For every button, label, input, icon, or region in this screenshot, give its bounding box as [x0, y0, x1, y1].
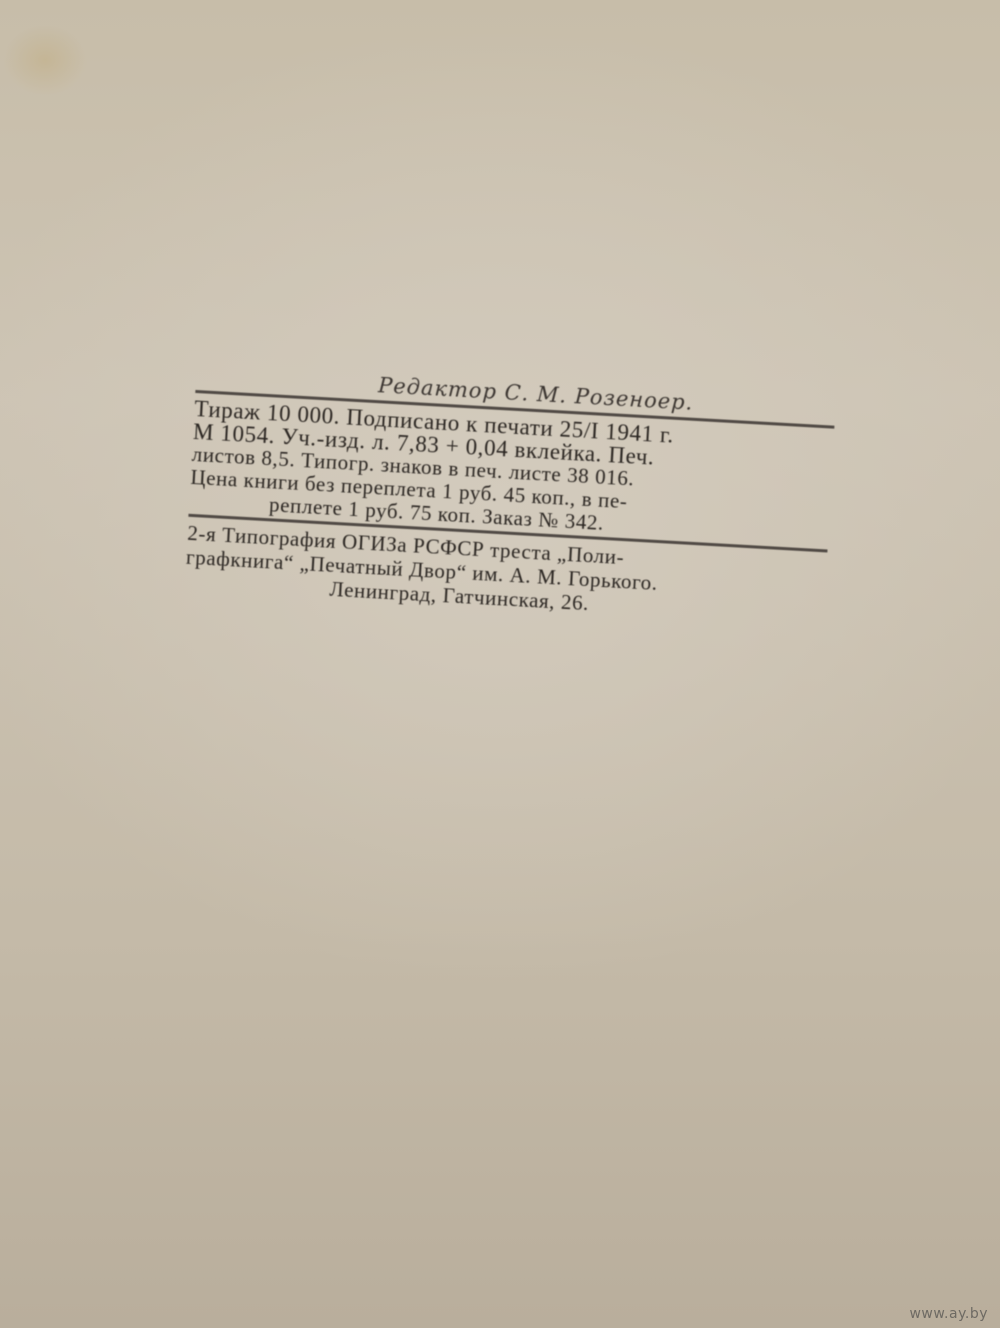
watermark: www.ay.by — [909, 1306, 988, 1322]
imprint-block: Редактор С. М. Розеноер. Тираж 10 000. П… — [184, 362, 836, 628]
